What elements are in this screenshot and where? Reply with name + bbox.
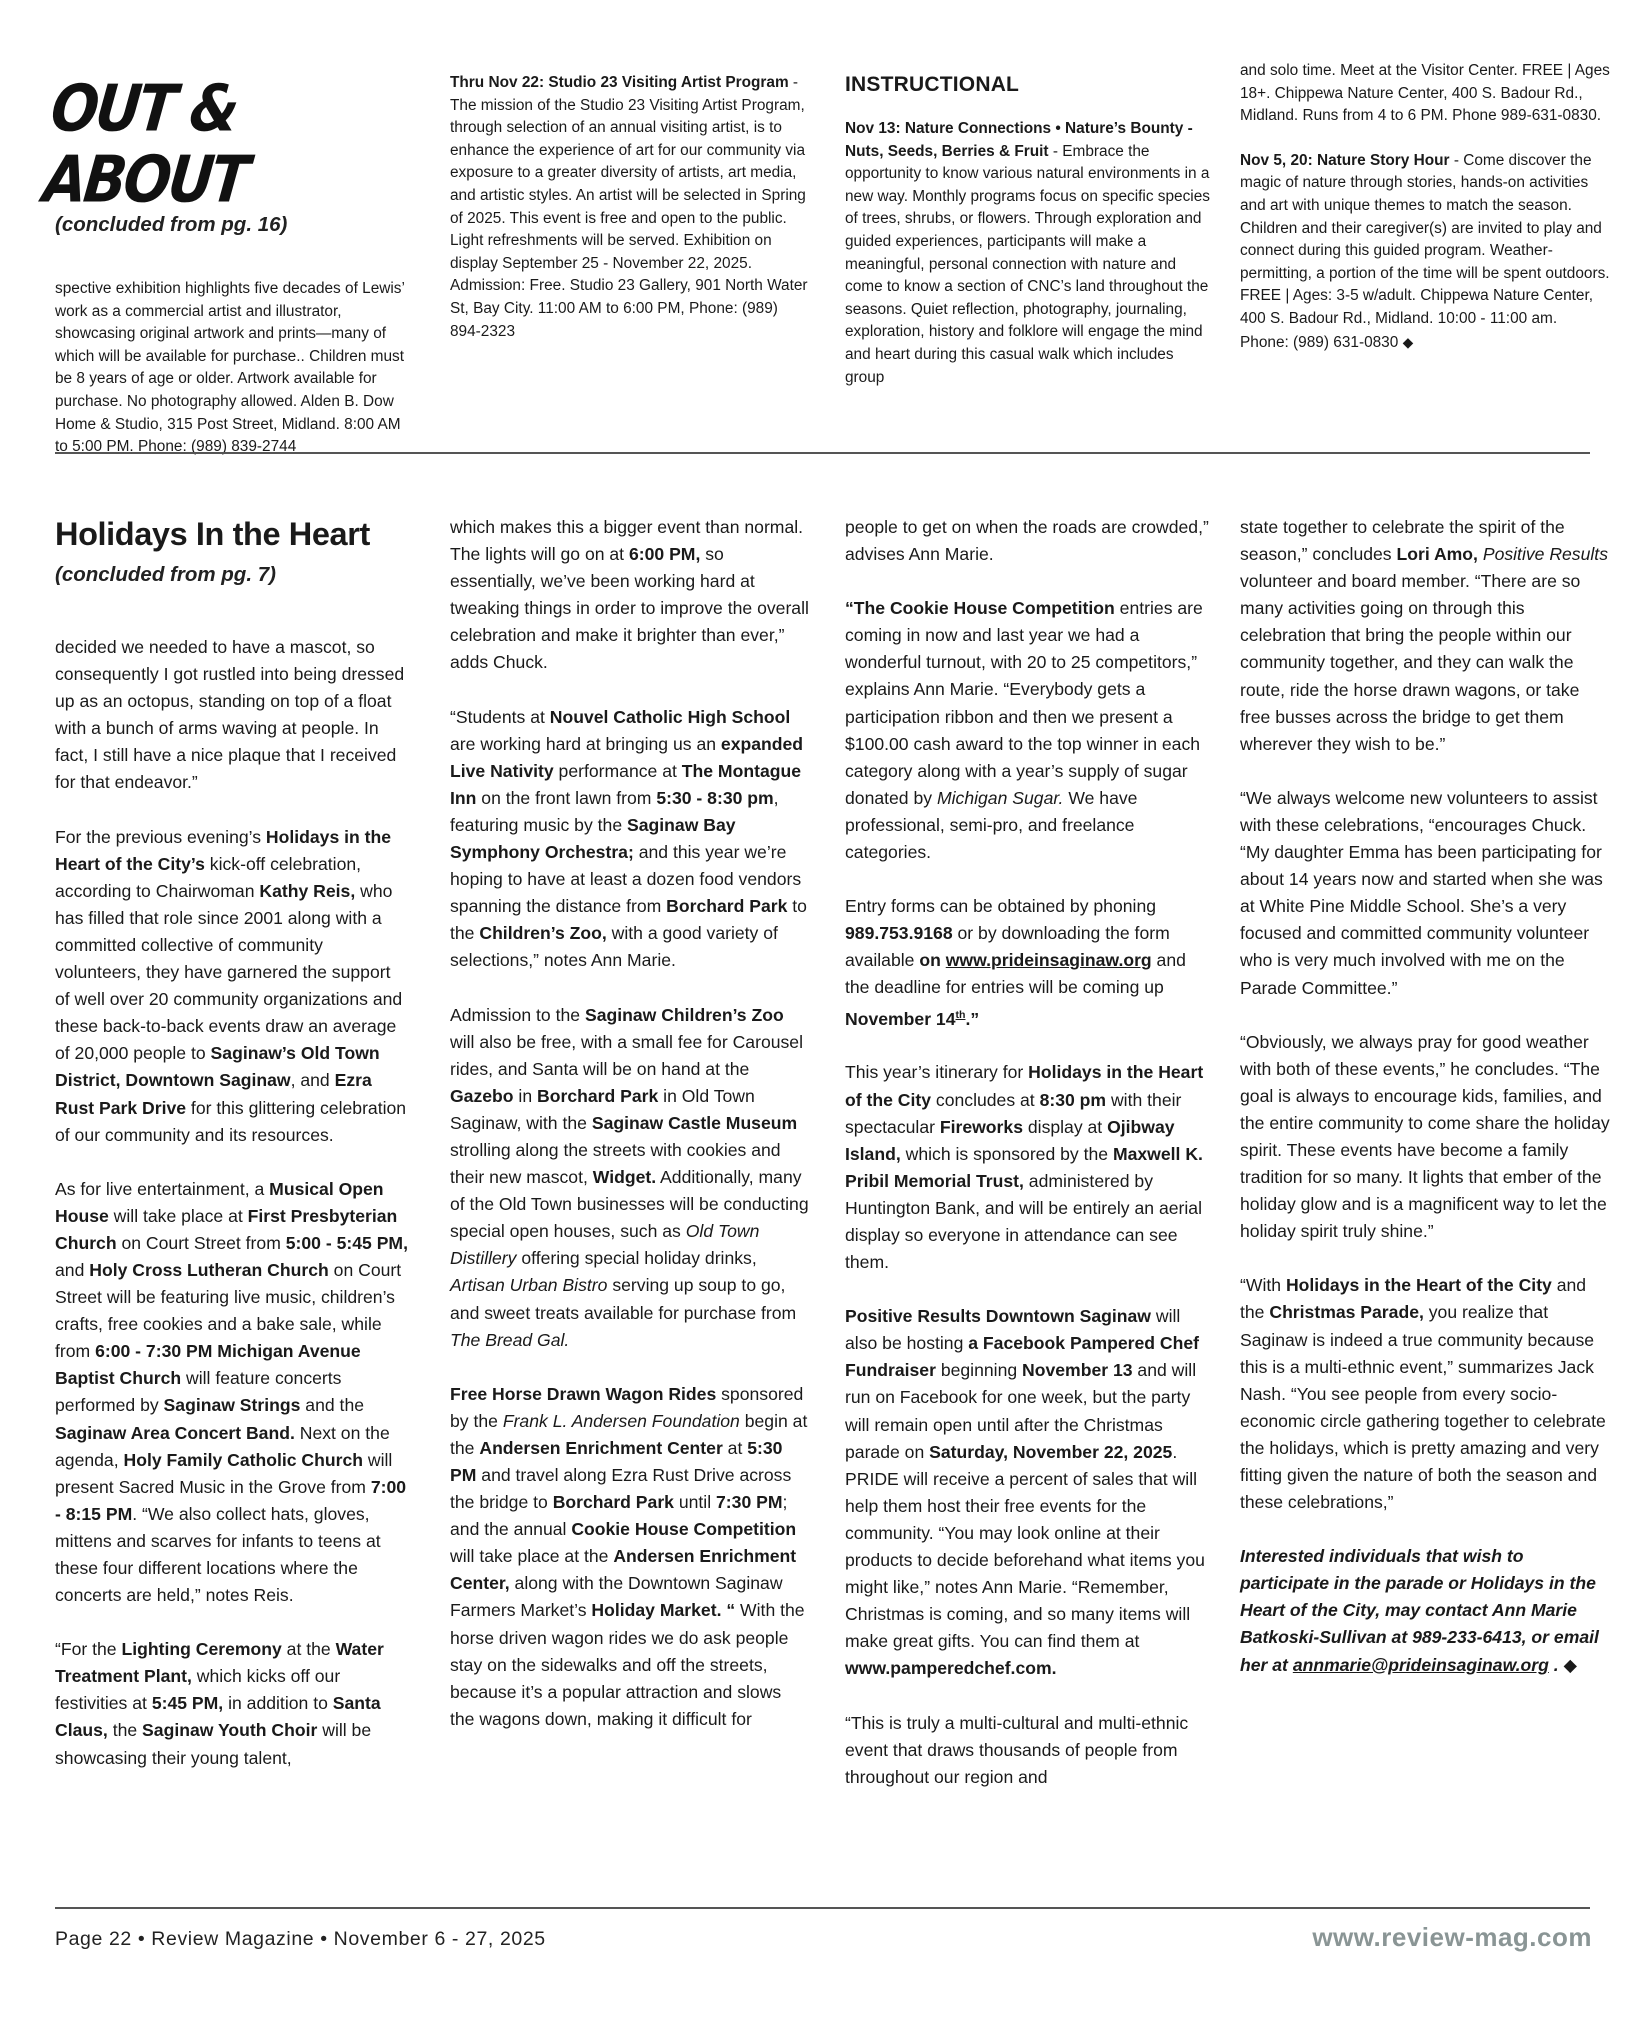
text-run: until <box>674 1492 716 1512</box>
text-run: on the front lawn from <box>476 788 656 808</box>
text-run: Saginaw Strings <box>164 1395 301 1415</box>
website-link[interactable]: www.review-mag.com <box>1312 1922 1592 1953</box>
article-paragraph: For the previous evening’s Holidays in t… <box>55 824 410 1149</box>
text-run: Positive Results Downtown Saginaw <box>845 1306 1151 1326</box>
article-paragraph: “The Cookie House Competition entries ar… <box>845 595 1210 866</box>
text-run: Widget. <box>593 1167 656 1187</box>
section-divider <box>55 452 1590 454</box>
text-run: will also be free, with a small fee for … <box>450 1032 803 1079</box>
article-headline: Holidays In the Heart <box>55 514 410 554</box>
article-paragraph: “We always welcome new volunteers to ass… <box>1240 785 1610 1002</box>
text-run: on Court Street from <box>117 1233 286 1253</box>
text-run: display at <box>1023 1117 1107 1137</box>
top-column-2: Thru Nov 22: Studio 23 Visiting Artist P… <box>450 72 810 365</box>
concluded-note: (concluded from pg. 7) <box>55 562 410 588</box>
text-run: performance at <box>554 761 682 781</box>
text-run: Borchard Park <box>537 1086 658 1106</box>
text-run: ◆ <box>1564 1655 1578 1675</box>
text-run: offering special holiday drinks, <box>516 1248 756 1268</box>
text-run: in addition to <box>223 1693 333 1713</box>
listing-title: Nov 5, 20: Nature Story Hour <box>1240 152 1450 169</box>
studio23-listing: Thru Nov 22: Studio 23 Visiting Artist P… <box>450 72 810 343</box>
listing-body: - The mission of the Studio 23 Visiting … <box>450 74 808 340</box>
text-run: Cookie House Competition <box>571 1519 796 1539</box>
text-run: in <box>514 1086 537 1106</box>
text-run: on <box>919 950 945 970</box>
article-column-4: state together to celebrate the spirit o… <box>1240 514 1610 1706</box>
article-paragraph: “With Holidays in the Heart of the City … <box>1240 1272 1610 1516</box>
text-run: Nouvel Catholic High School <box>550 707 790 727</box>
article-paragraph: people to get on when the roads are crow… <box>845 514 1210 568</box>
nature-connections-listing: Nov 13: Nature Connections • Nature’s Bo… <box>845 118 1210 389</box>
footer-divider <box>55 1907 1590 1909</box>
article-paragraph: Free Horse Drawn Wagon Rides sponsored b… <box>450 1381 810 1733</box>
text-run: Lori Amo, <box>1396 544 1477 564</box>
text-run: . <box>1549 1655 1564 1675</box>
text-run: .” <box>965 1008 979 1028</box>
instructional-heading: INSTRUCTIONAL <box>845 72 1210 98</box>
text-run: Borchard Park <box>666 896 787 916</box>
text-run: are working hard at bringing us an <box>450 734 721 754</box>
text-run: Saginaw Youth Choir <box>142 1720 317 1740</box>
text-run: Saginaw Castle Museum <box>592 1113 797 1133</box>
text-run: As for live entertainment, a <box>55 1179 269 1199</box>
text-run: you realize that Saginaw is indeed a tru… <box>1240 1302 1606 1512</box>
text-run: Kathy Reis, <box>259 881 355 901</box>
text-run: www.pamperedchef.com. <box>845 1658 1057 1678</box>
text-run: November 14 <box>845 1008 956 1028</box>
story-hour-listing: Nov 5, 20: Nature Story Hour - Come disc… <box>1240 150 1610 354</box>
text-run: 6:00 PM, <box>629 544 700 564</box>
page-folio: Page 22 • Review Magazine • November 6 -… <box>55 1928 546 1951</box>
text-run: who has filled that role since 2001 alon… <box>55 881 402 1064</box>
article-paragraph: decided we needed to have a mascot, so c… <box>55 634 410 797</box>
text-run: , and <box>291 1070 335 1090</box>
text-run: Admission to the <box>450 1005 585 1025</box>
text-run: Saginaw Area Concert Band. <box>55 1423 295 1443</box>
text-run: Artisan Urban Bistro <box>450 1275 607 1295</box>
text-run: and the <box>300 1395 364 1415</box>
text-run: Saturday, November 22, 2025 <box>929 1442 1172 1462</box>
text-run: Entry forms can be obtained by phoning <box>845 896 1156 916</box>
article-paragraph: “For the Lighting Ceremony at the Water … <box>55 1636 410 1771</box>
alden-dow-listing: spective exhibition highlights five deca… <box>55 278 410 459</box>
text-run: 5:00 - 5:45 PM, <box>286 1233 408 1253</box>
listing-title: Thru Nov 22: Studio 23 Visiting Artist P… <box>450 74 789 91</box>
article-paragraph: “Students at Nouvel Catholic High School… <box>450 704 810 975</box>
link-text[interactable]: www.prideinsaginaw.org <box>946 950 1152 970</box>
text-run: at <box>723 1438 747 1458</box>
top-column-3: INSTRUCTIONAL Nov 13: Nature Connections… <box>845 72 1210 411</box>
text-run: “For the <box>55 1639 121 1659</box>
listing-body: - Embrace the opportunity to know variou… <box>845 143 1210 386</box>
article-paragraph: Admission to the Saginaw Children’s Zoo … <box>450 1002 810 1354</box>
article-column-3: people to get on when the roads are crow… <box>845 514 1210 1818</box>
text-run: Holy Family Catholic Church <box>124 1450 364 1470</box>
text-run: Fireworks <box>940 1117 1023 1137</box>
text-run: “Students at <box>450 707 550 727</box>
out-and-about-logo: OUT & ABOUT <box>40 74 410 217</box>
text-run: Christmas Parade, <box>1269 1302 1424 1322</box>
text-run: For the previous evening’s <box>55 827 266 847</box>
contact-note: Interested individuals that wish to part… <box>1240 1543 1610 1678</box>
text-run: the <box>108 1720 142 1740</box>
text-run: Michigan Sugar. <box>937 788 1063 808</box>
article-paragraph: Positive Results Downtown Saginaw will a… <box>845 1303 1210 1682</box>
listing-body: - Come discover the magic of nature thro… <box>1240 152 1610 351</box>
end-mark-diamond-icon: ◆ <box>1403 334 1414 350</box>
text-run: 989.753.9168 <box>845 923 953 943</box>
text-run: 8:30 pm <box>1040 1090 1107 1110</box>
text-run: beginning <box>936 1360 1022 1380</box>
text-run: . PRIDE will receive a percent of sales … <box>845 1442 1205 1652</box>
text-run: Lighting Ceremony <box>121 1639 281 1659</box>
article-paragraph: “This is truly a multi-cultural and mult… <box>845 1710 1210 1791</box>
text-run: The Bread Gal. <box>450 1330 569 1350</box>
text-run: Holy Cross Lutheran Church <box>89 1260 329 1280</box>
text-run: 5:45 PM, <box>152 1693 223 1713</box>
article-paragraph: “Obviously, we always pray for good weat… <box>1240 1029 1610 1246</box>
text-run: which makes this a bigger event than nor… <box>450 517 803 564</box>
text-run: will take place at <box>109 1206 248 1226</box>
text-run: Positive Results <box>1483 544 1608 564</box>
text-run: will take place at the <box>450 1546 613 1566</box>
article-paragraph: Entry forms can be obtained by phoning 9… <box>845 893 1210 1032</box>
nature-connections-continued: and solo time. Meet at the Visitor Cente… <box>1240 60 1610 128</box>
top-column-4: and solo time. Meet at the Visitor Cente… <box>1240 60 1610 376</box>
text-run: concludes at <box>931 1090 1040 1110</box>
text-run: Holiday Market. “ <box>591 1600 735 1620</box>
top-column-1: OUT & ABOUT (concluded from pg. 16) spec… <box>55 72 410 481</box>
article-paragraph: state together to celebrate the spirit o… <box>1240 514 1610 758</box>
article-paragraph: which makes this a bigger event than nor… <box>450 514 810 677</box>
text-run: Children’s Zoo, <box>479 923 606 943</box>
text-run: Borchard Park <box>553 1492 674 1512</box>
text-run: 7:30 PM <box>716 1492 783 1512</box>
text-run: This year’s itinerary for <box>845 1062 1028 1082</box>
text-run: Gazebo <box>450 1086 514 1106</box>
text-run: 5:30 - 8:30 pm <box>656 788 773 808</box>
text-run: Holidays in the Heart of the City <box>1286 1275 1552 1295</box>
text-run: “With <box>1240 1275 1286 1295</box>
text-run: Free Horse Drawn Wagon Rides <box>450 1384 716 1404</box>
article-column-1: Holidays In the Heart (concluded from pg… <box>55 514 410 1799</box>
text-run: Andersen Enrichment Center <box>479 1438 722 1458</box>
link-text[interactable]: annmarie@prideinsaginaw.org <box>1293 1655 1549 1675</box>
text-run: Saginaw Children’s Zoo <box>585 1005 784 1025</box>
text-run: volunteer and board member. “There are s… <box>1240 571 1580 754</box>
text-run: November 13 <box>1022 1360 1133 1380</box>
text-run: entries are coming in now and last year … <box>845 598 1203 808</box>
text-run: “The Cookie House Competition <box>845 598 1115 618</box>
text-run: Frank L. Andersen Foundation <box>503 1411 740 1431</box>
link-text[interactable]: th <box>956 1009 966 1021</box>
article-paragraph: As for live entertainment, a Musical Ope… <box>55 1176 410 1610</box>
article-paragraph: This year’s itinerary for Holidays in th… <box>845 1059 1210 1276</box>
text-run: which is sponsored by the <box>901 1144 1113 1164</box>
text-run: and <box>55 1260 89 1280</box>
article-column-2: which makes this a bigger event than nor… <box>450 514 810 1760</box>
text-run: at the <box>282 1639 336 1659</box>
